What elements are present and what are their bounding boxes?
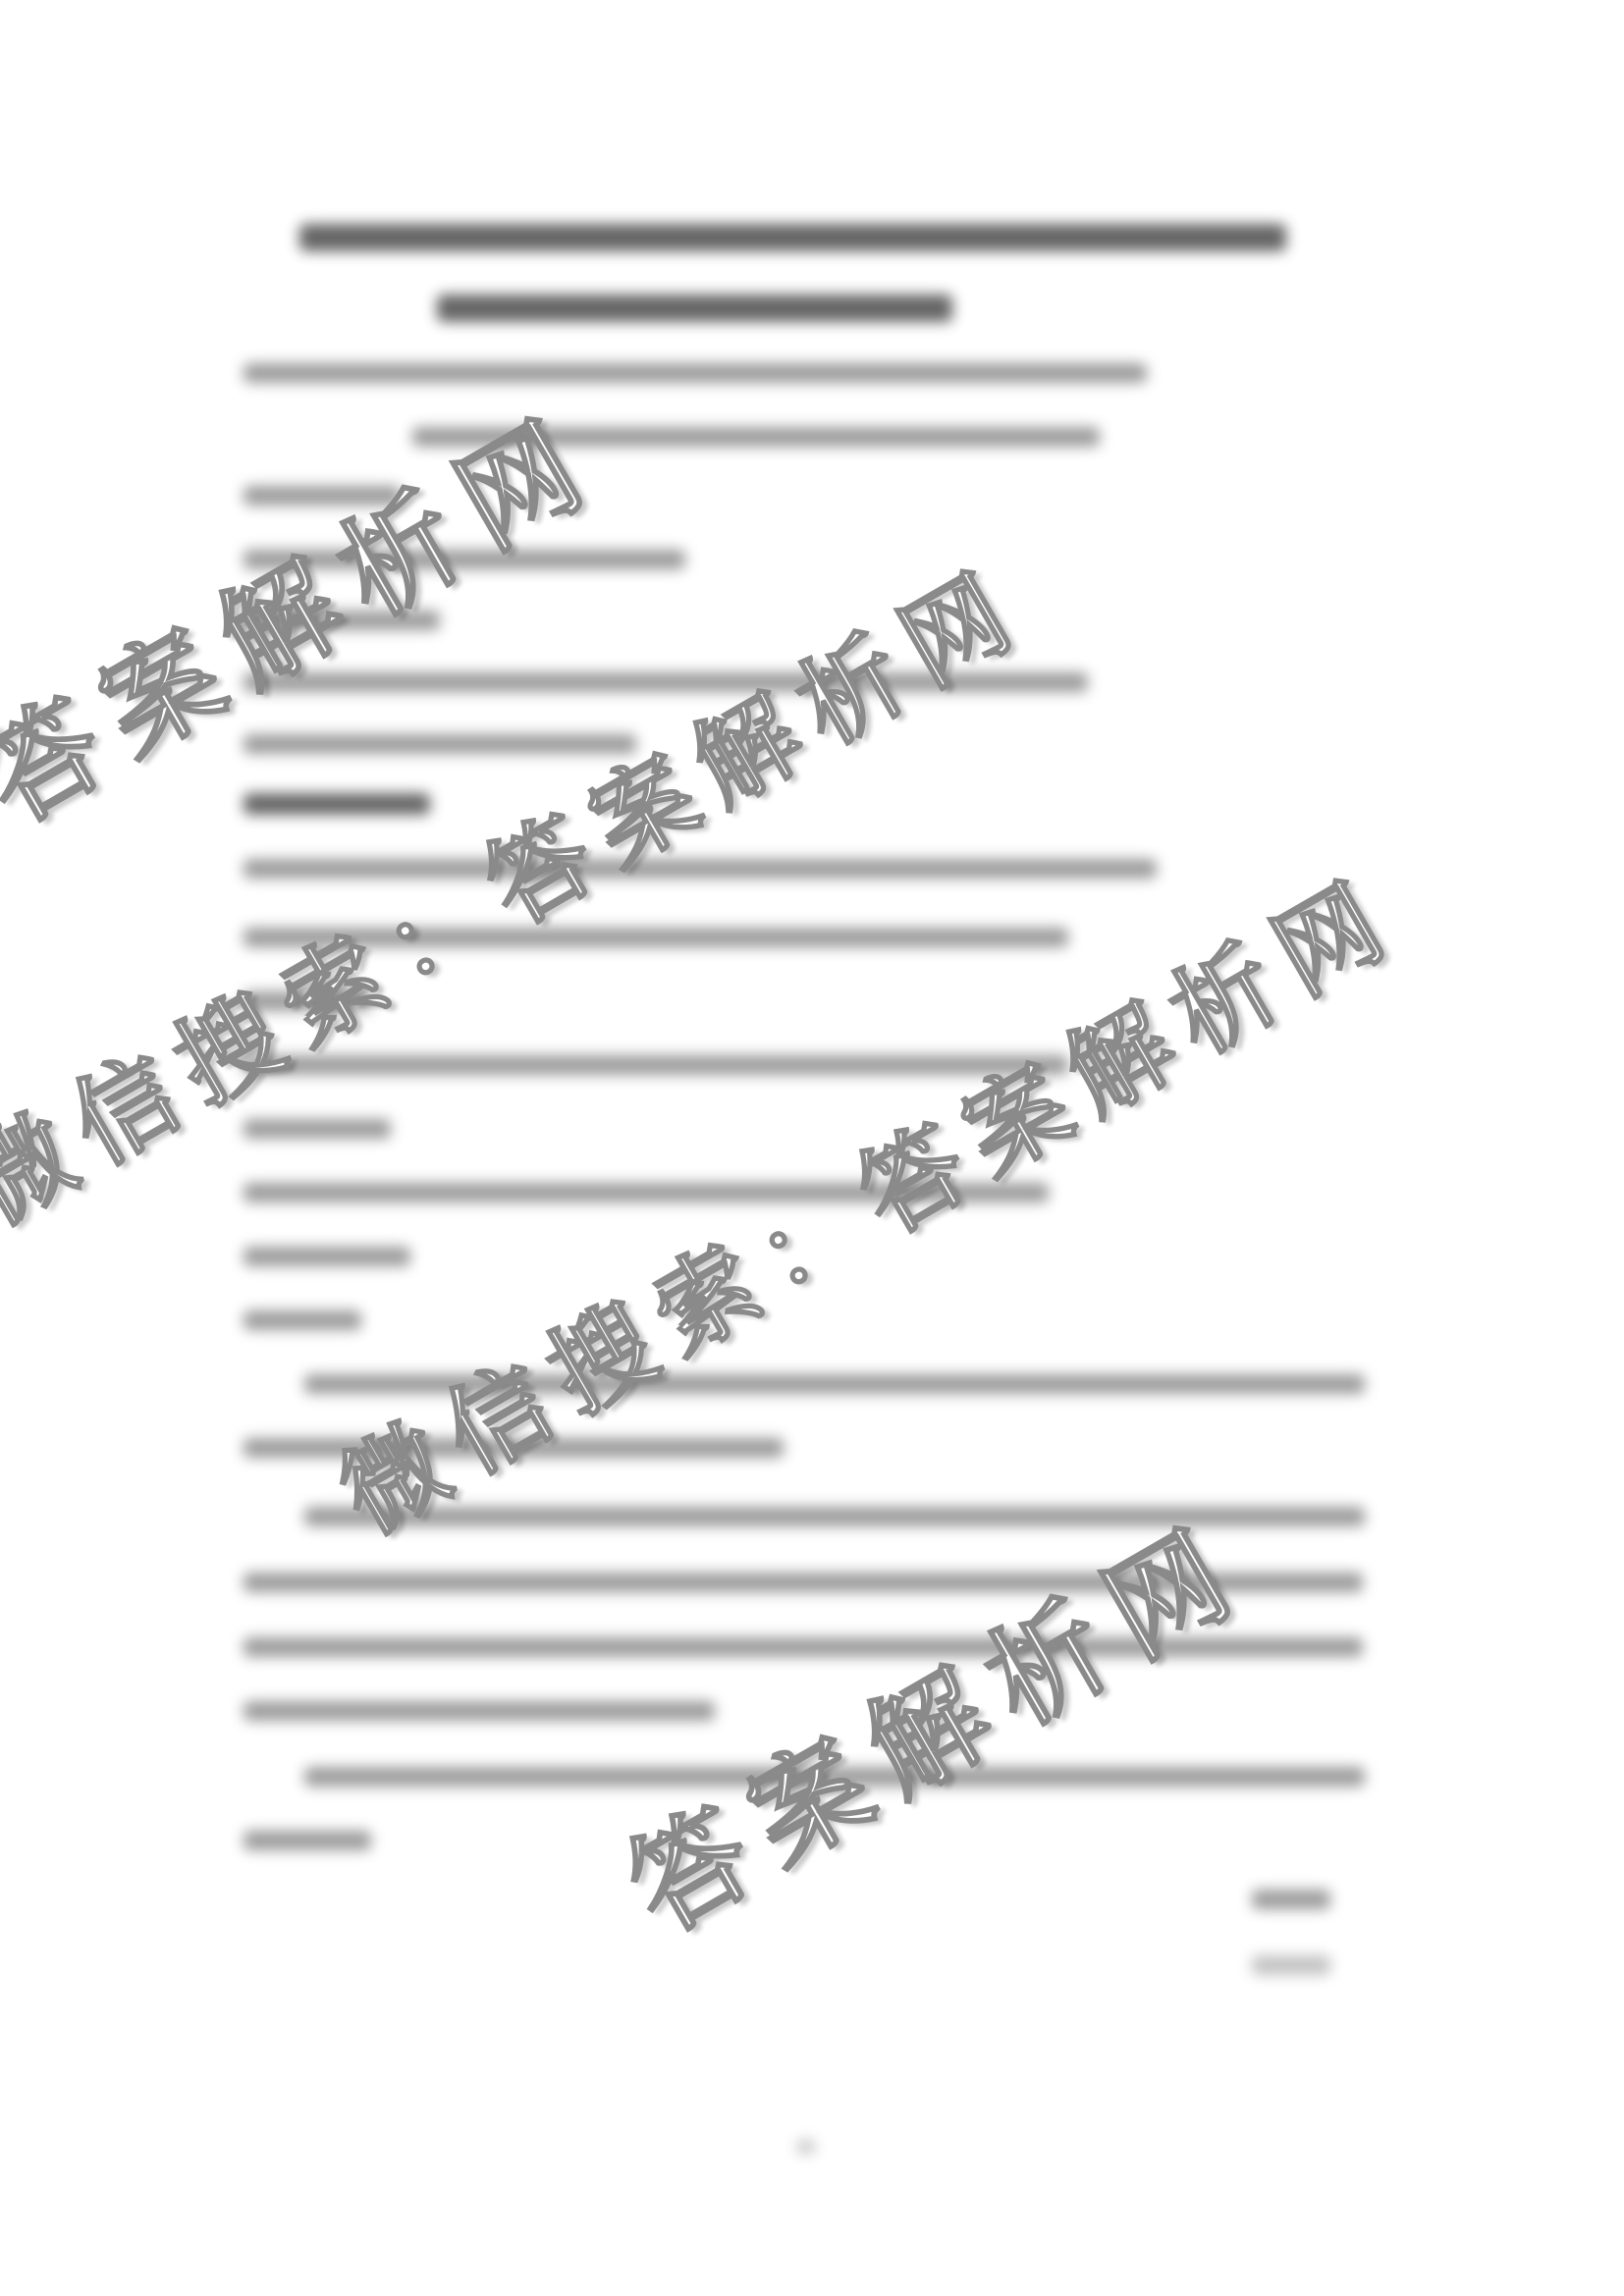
paragraph-line: [244, 1831, 371, 1850]
signature-line-2: [1252, 1955, 1330, 1975]
body-line: [244, 1119, 391, 1139]
signature-line-1: [1252, 1890, 1330, 1909]
document-title-line-2: [437, 294, 952, 322]
body-line: [244, 1310, 361, 1330]
body-line: [244, 1247, 410, 1266]
body-line: [244, 734, 636, 754]
section-heading: [244, 793, 430, 815]
document-title-line-1: [299, 224, 1286, 251]
paragraph-line: [244, 1701, 715, 1721]
page-number: [797, 2140, 815, 2154]
exam-info-line-1: [244, 363, 1147, 383]
document-page: 答案解析网 微信搜索：答案解析网 微信搜索：答案解析网 答案解析网: [0, 0, 1624, 2296]
